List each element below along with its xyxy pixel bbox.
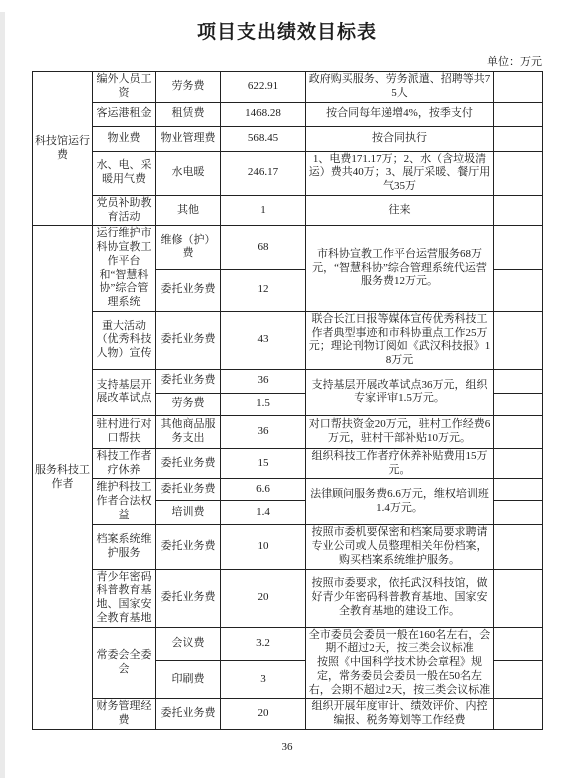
category-cell: 服务科技工作者 [33,226,93,730]
description-cell: 法律顾问服务费6.6万元，维权培训班1.4万元。 [306,479,494,525]
table-row: 科技工作者疗休养 委托业务费 15 组织科技工作者疗休养补贴费用15万元。 [33,448,543,479]
table-row: 物业费 物业管理费 568.45 按合同执行 [33,126,543,151]
table-row: 客运港租金 租赁费 1468.28 按合同每年递增4%，按季支付 [33,102,543,126]
expense-type-cell: 委托业务费 [156,448,221,479]
expense-type-cell: 印刷费 [156,661,221,699]
description-cell: 市科协宣教工作平台运营服务68万元，“智慧科协”综合管理系统代运营服务费12万元… [306,226,494,312]
blank-cell [494,102,543,126]
blank-cell [494,415,543,448]
description-cell: 按照市委要求，依托武汉科技馆，做好青少年密码科普教育基地、国家安全教育基地的建设… [306,569,494,627]
amount-cell: 1.4 [221,501,306,525]
description-cell: 组织科技工作者疗休养补贴费用15万元。 [306,448,494,479]
blank-cell [494,151,543,195]
amount-cell: 36 [221,415,306,448]
table-row: 服务科技工作者 运行维护市科协宣教工作平台和“智慧科协”综合管理系统 维修（护）… [33,226,543,269]
amount-cell: 622.91 [221,72,306,103]
table-row: 青少年密码科普教育基地、国家安全教育基地 委托业务费 20 按照市委要求，依托武… [33,569,543,627]
blank-cell [494,661,543,699]
item-cell: 档案系统维护服务 [93,525,156,569]
description-cell: 对口帮扶资金20万元，驻村工作经费6万元，驻村干部补贴10万元。 [306,415,494,448]
blank-cell [494,195,543,226]
description-cell: 按合同每年递增4%，按季支付 [306,102,494,126]
table-row: 维护科技工作者合法权益 委托业务费 6.6 法律顾问服务费6.6万元，维权培训班… [33,479,543,501]
item-cell: 维护科技工作者合法权益 [93,479,156,525]
amount-cell: 1 [221,195,306,226]
blank-cell [494,501,543,525]
document-page: 项目支出绩效目标表 单位：万元 科技馆运行费 编外人员工资 劳务费 622.91… [32,0,542,730]
description-cell: 往来 [306,195,494,226]
expense-type-cell: 劳务费 [156,72,221,103]
blank-cell [494,72,543,103]
amount-cell: 20 [221,569,306,627]
expense-type-cell: 委托业务费 [156,369,221,393]
blank-cell [494,448,543,479]
blank-cell [494,311,543,369]
amount-cell: 3.2 [221,627,306,661]
amount-cell: 3 [221,661,306,699]
table-row: 常委会全委会 会议费 3.2 全市委员会委员一般在160名左右，会期不超过2天，… [33,627,543,661]
description-cell: 全市委员会委员一般在160名左右，会期不超过2天，按三类会议标准 按照《中国科学… [306,627,494,699]
amount-cell: 568.45 [221,126,306,151]
amount-cell: 12 [221,269,306,311]
item-cell: 水、电、采暖用气费 [93,151,156,195]
expense-type-cell: 劳务费 [156,393,221,415]
table-row: 科技馆运行费 编外人员工资 劳务费 622.91 政府购买服务、劳务派遣、招聘等… [33,72,543,103]
table-row: 党员补助教育活动 其他 1 往来 [33,195,543,226]
item-cell: 编外人员工资 [93,72,156,103]
table-row: 档案系统维护服务 委托业务费 10 按照市委机要保密和档案局要求聘请专业公司或人… [33,525,543,569]
item-cell: 运行维护市科协宣教工作平台和“智慧科协”综合管理系统 [93,226,156,312]
blank-cell [494,699,543,730]
table-row: 重大活动（优秀科技人物）宣传 委托业务费 43 联合长江日报等媒体宣传优秀科技工… [33,311,543,369]
amount-cell: 1.5 [221,393,306,415]
blank-cell [494,369,543,393]
item-cell: 科技工作者疗休养 [93,448,156,479]
item-cell: 党员补助教育活动 [93,195,156,226]
item-cell: 重大活动（优秀科技人物）宣传 [93,311,156,369]
amount-cell: 246.17 [221,151,306,195]
table-row: 驻村进行对口帮扶 其他商品服务支出 36 对口帮扶资金20万元，驻村工作经费6万… [33,415,543,448]
expense-type-cell: 委托业务费 [156,479,221,501]
expense-type-cell: 物业管理费 [156,126,221,151]
blank-cell [494,525,543,569]
description-cell: 政府购买服务、劳务派遣、招聘等共75人 [306,72,494,103]
item-cell: 支持基层开展改革试点 [93,369,156,415]
expense-type-cell: 水电暖 [156,151,221,195]
page-number: 36 [32,741,542,753]
category-cell: 科技馆运行费 [33,72,93,226]
expense-type-cell: 委托业务费 [156,311,221,369]
blank-cell [494,627,543,661]
amount-cell: 6.6 [221,479,306,501]
table-body: 科技馆运行费 编外人员工资 劳务费 622.91 政府购买服务、劳务派遣、招聘等… [33,72,543,730]
amount-cell: 36 [221,369,306,393]
item-cell: 财务管理经费 [93,699,156,730]
table-row: 财务管理经费 委托业务费 20 组织开展年度审计、绩效评价、内控编报、税务筹划等… [33,699,543,730]
blank-cell [494,569,543,627]
amount-cell: 20 [221,699,306,730]
expense-type-cell: 委托业务费 [156,269,221,311]
blank-cell [494,479,543,501]
expense-type-cell: 培训费 [156,501,221,525]
expense-type-cell: 租赁费 [156,102,221,126]
item-cell: 客运港租金 [93,102,156,126]
blank-cell [494,393,543,415]
expense-type-cell: 维修（护）费 [156,226,221,269]
description-cell: 按合同执行 [306,126,494,151]
item-cell: 常委会全委会 [93,627,156,699]
performance-target-table: 科技馆运行费 编外人员工资 劳务费 622.91 政府购买服务、劳务派遣、招聘等… [32,71,543,730]
amount-cell: 43 [221,311,306,369]
expense-type-cell: 会议费 [156,627,221,661]
expense-type-cell: 委托业务费 [156,699,221,730]
item-cell: 物业费 [93,126,156,151]
expense-type-cell: 其他 [156,195,221,226]
amount-cell: 15 [221,448,306,479]
page-title: 项目支出绩效目标表 [32,17,542,44]
description-cell: 1、电费171.17万；2、水（含垃圾清运）费共40万；3、展厅采暖、餐厅用气3… [306,151,494,195]
item-cell: 驻村进行对口帮扶 [93,415,156,448]
description-cell: 联合长江日报等媒体宣传优秀科技工作者典型事迹和市科协重点工作25万元；理论刊物订… [306,311,494,369]
expense-type-cell: 其他商品服务支出 [156,415,221,448]
amount-cell: 10 [221,525,306,569]
amount-cell: 1468.28 [221,102,306,126]
blank-cell [494,226,543,269]
expense-type-cell: 委托业务费 [156,569,221,627]
amount-cell: 68 [221,226,306,269]
table-row: 水、电、采暖用气费 水电暖 246.17 1、电费171.17万；2、水（含垃圾… [33,151,543,195]
unit-label: 单位：万元 [32,53,542,69]
expense-type-cell: 委托业务费 [156,525,221,569]
description-cell: 支持基层开展改革试点36万元，组织专家评审1.5万元。 [306,369,494,415]
table-row: 支持基层开展改革试点 委托业务费 36 支持基层开展改革试点36万元，组织专家评… [33,369,543,393]
description-cell: 按照市委机要保密和档案局要求聘请专业公司或人员整理相关年份档案，购买档案系统维护… [306,525,494,569]
blank-cell [494,269,543,311]
item-cell: 青少年密码科普教育基地、国家安全教育基地 [93,569,156,627]
blank-cell [494,126,543,151]
description-cell: 组织开展年度审计、绩效评价、内控编报、税务筹划等工作经费 [306,699,494,730]
scan-edge-band [0,12,5,778]
